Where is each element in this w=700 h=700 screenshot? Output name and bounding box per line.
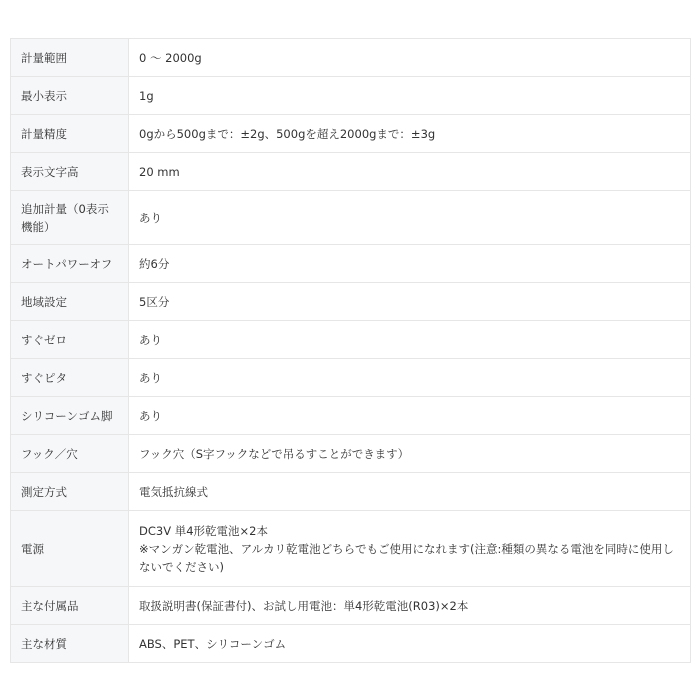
row-value: フック穴（S字フックなどで吊るすことができます） [129,435,691,473]
table-row: 地域設定 5区分 [11,283,691,321]
power-line-1: DC3V 単4形乾電池×2本 [139,522,680,540]
row-value: あり [129,321,691,359]
table-row: シリコーンゴム脚 あり [11,397,691,435]
row-value: DC3V 単4形乾電池×2本 ※マンガン乾電池、アルカリ乾電池どちらでもご使用に… [129,511,691,587]
row-value: 20 mm [129,153,691,191]
row-label: 地域設定 [11,283,129,321]
row-label: 最小表示 [11,77,129,115]
row-value: 1g [129,77,691,115]
table-row: 最小表示 1g [11,77,691,115]
row-value: 約6分 [129,245,691,283]
row-value: 0gから500gまで：±2g、500gを超え2000gまで：±3g [129,115,691,153]
table-row: 計量精度 0gから500gまで：±2g、500gを超え2000gまで：±3g [11,115,691,153]
row-label: 追加計量（0表示機能） [11,191,129,245]
table-row: すぐゼロ あり [11,321,691,359]
power-line-2: ※マンガン乾電池、アルカリ乾電池どちらでもご使用になれます(注意:種類の異なる電… [139,540,680,576]
row-label: 測定方式 [11,473,129,511]
row-label: 主な付属品 [11,587,129,625]
row-value: 0 ～ 2000g [129,39,691,77]
row-label: すぐピタ [11,359,129,397]
row-label: 主な材質 [11,625,129,663]
row-label: 計量精度 [11,115,129,153]
table-row: 主な材質 ABS、PET、シリコーンゴム [11,625,691,663]
table-row: フック／穴 フック穴（S字フックなどで吊るすことができます） [11,435,691,473]
table-row: オートパワーオフ 約6分 [11,245,691,283]
row-label: 電源 [11,511,129,587]
table-row: 表示文字高 20 mm [11,153,691,191]
row-value: 5区分 [129,283,691,321]
row-value: あり [129,191,691,245]
spec-table: 計量範囲 0 ～ 2000g 最小表示 1g 計量精度 0gから500gまで：±… [10,38,691,663]
table-row: 計量範囲 0 ～ 2000g [11,39,691,77]
row-label: 計量範囲 [11,39,129,77]
row-value: ABS、PET、シリコーンゴム [129,625,691,663]
row-label: 表示文字高 [11,153,129,191]
table-row: 主な付属品 取扱説明書(保証書付)、お試し用電池：単4形乾電池(R03)×2本 [11,587,691,625]
table-row: 電源 DC3V 単4形乾電池×2本 ※マンガン乾電池、アルカリ乾電池どちらでもご… [11,511,691,587]
row-label: すぐゼロ [11,321,129,359]
row-value: あり [129,359,691,397]
table-row: すぐピタ あり [11,359,691,397]
table-row: 追加計量（0表示機能） あり [11,191,691,245]
table-row: 測定方式 電気抵抗線式 [11,473,691,511]
row-value: 電気抵抗線式 [129,473,691,511]
row-label: フック／穴 [11,435,129,473]
row-value: 取扱説明書(保証書付)、お試し用電池：単4形乾電池(R03)×2本 [129,587,691,625]
row-label: シリコーンゴム脚 [11,397,129,435]
row-value: あり [129,397,691,435]
row-label: オートパワーオフ [11,245,129,283]
